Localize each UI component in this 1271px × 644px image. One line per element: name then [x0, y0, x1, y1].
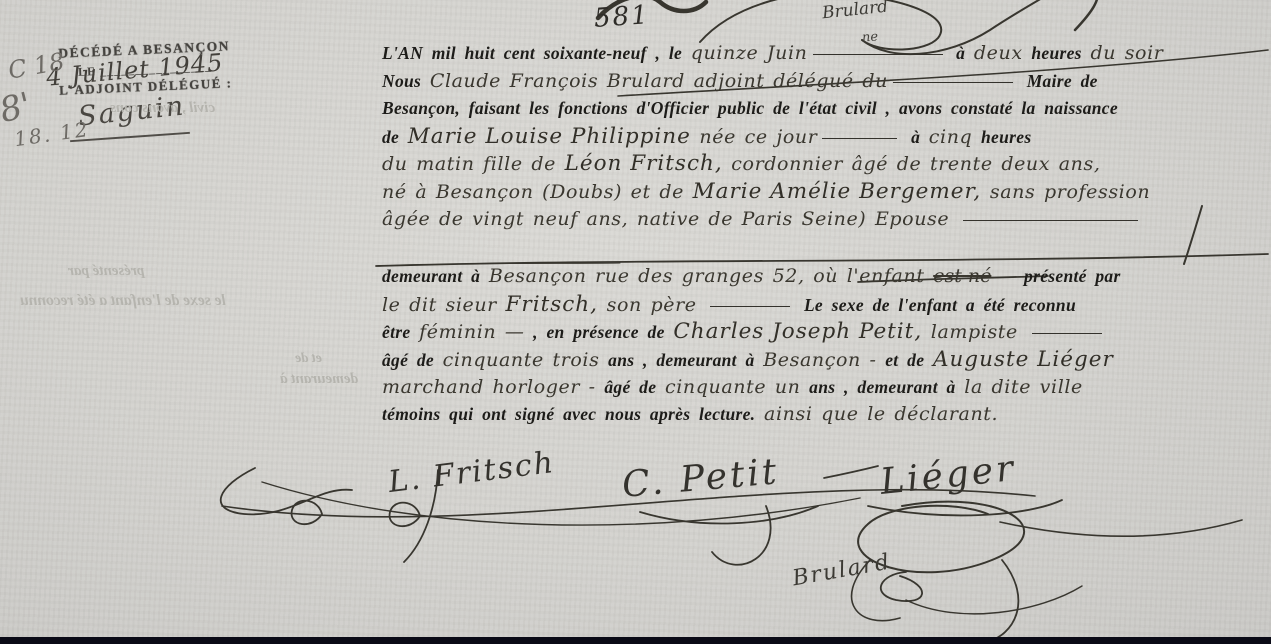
handwritten-text: quinze Juin [691, 42, 808, 64]
handwritten-text: Charles Joseph Petit, [673, 319, 922, 344]
printed-text: Maire de [1018, 71, 1098, 91]
printed-text: L'AN mil huit cent soixante-neuf , le [382, 43, 691, 63]
printed-text: ans , demeurant à [599, 350, 763, 370]
printed-text: âgé de [382, 350, 443, 370]
printed-text: Le sexe de l'enfant a été reconnu [795, 295, 1076, 315]
handwritten-text: Marie Louise Philippine [408, 124, 691, 149]
scan-edge-bar [0, 637, 1271, 644]
handwritten-text: cordonnier âgé de trente deux ans, [723, 153, 1101, 175]
act-line-3: Besançon, faisant les fonctions d'Offici… [382, 95, 1271, 123]
act-line-1: L'AN mil huit cent soixante-neuf , le qu… [382, 40, 1271, 68]
handwritten-text: marchand horloger - [382, 376, 604, 398]
printed-text: heures [972, 127, 1031, 147]
act-line-7: âgée de vingt neuf ans, native de Paris … [382, 206, 1271, 234]
bleedthrough-line: le sexe de l'enfant a été reconnu [20, 292, 226, 310]
signature-petit: C. Petit [621, 451, 781, 506]
handwritten-text: le dit sieur [382, 294, 506, 316]
handwritten-text: est né [933, 265, 991, 287]
printed-text: présenté par [1015, 266, 1120, 286]
bleedthrough-line: civil , avons cons [110, 100, 215, 117]
handwritten-text: Besançon - [763, 349, 876, 371]
handwritten-text: deux [974, 42, 1023, 64]
printed-text: , en présence de [524, 322, 673, 342]
handwritten-text: son père [598, 294, 705, 316]
handwritten-text: Léon Fritsch, [565, 151, 723, 176]
act-line-5: du matin fille de Léon Fritsch, cordonni… [382, 150, 1271, 178]
blank-filler-dash [893, 81, 1013, 83]
printed-text: Besançon, faisant les fonctions d'Offici… [382, 98, 1118, 118]
printed-text: âgé de [604, 377, 665, 397]
act-line-9: le dit sieur Fritsch, son père Le sexe d… [382, 291, 1271, 319]
handwritten-text: ainsi que le déclarant. [764, 403, 998, 425]
handwritten-text: sans profession [981, 181, 1150, 203]
act-number: 581 [593, 0, 651, 34]
handwritten-text: cinq [929, 126, 973, 148]
handwritten-text: lampiste [922, 321, 1026, 343]
handwritten-text: cinquante trois [443, 349, 600, 371]
handwritten-text: féminin — [419, 321, 524, 343]
handwritten-text: Claude François Brulard adjoint délégué … [430, 70, 888, 92]
act-line-13: témoins qui ont signé avec nous après le… [382, 401, 1271, 429]
handwritten-text: Fritsch, [506, 292, 598, 317]
handwritten-text: la dite ville [964, 376, 1083, 398]
bleedthrough-line: demeurant à [280, 371, 358, 388]
blank-filler-dash [813, 53, 943, 55]
act-line-10: être féminin — , en présence de Charles … [382, 318, 1271, 346]
printed-text: demeurant à [382, 266, 489, 286]
printed-text: et de [877, 350, 933, 370]
handwritten-text: né à Besançon (Doubs) et de [382, 181, 693, 203]
printed-text: de [382, 127, 408, 147]
act-line-11: âgé de cinquante trois ans , demeurant à… [382, 346, 1271, 374]
signature-fritsch: L. Fritsch [386, 445, 556, 500]
civil-registry-scan: 581 DÉCÉDÉ A BESANÇON LE _______________… [0, 0, 1271, 644]
act-line-12: marchand horloger - âgé de cinquante un … [382, 374, 1271, 402]
printed-text: à [902, 127, 928, 147]
handwritten-text: Auguste Liéger [933, 347, 1114, 372]
previous-act-signature: Brulard [821, 0, 889, 23]
blank-filler-dash [710, 305, 790, 307]
printed-text: être [382, 322, 419, 342]
handwritten-text: cinquante un [665, 376, 801, 398]
act-line-8: demeurant à Besançon rue des granges 52,… [382, 263, 1271, 291]
previous-act-annotation: ne [861, 29, 878, 45]
signature-lieger: Liéger [878, 448, 1018, 503]
handwritten-text: Marie Amélie Bergemer, [693, 179, 982, 204]
blank-filler-dash [996, 276, 1010, 278]
handwritten-text: du matin fille de [382, 153, 565, 175]
printed-text: Nous [382, 71, 430, 91]
act-line-6: né à Besançon (Doubs) et de Marie Amélie… [382, 178, 1271, 206]
act-line-4: de Marie Louise Philippine née ce jour à… [382, 123, 1271, 151]
bleedthrough-line: présenté par [68, 263, 144, 280]
bleedthrough-line: et de [295, 351, 322, 367]
handwritten-text: âgée de vingt neuf ans, native de Paris … [382, 208, 958, 230]
printed-text: ans , demeurant à [801, 377, 965, 397]
act-body-text: L'AN mil huit cent soixante-neuf , le qu… [382, 40, 1271, 429]
blank-filler-dash [822, 137, 897, 139]
signature-brulard: Brulard [791, 550, 893, 592]
handwritten-text: du soir [1090, 42, 1163, 64]
blank-filler-dash [1032, 332, 1102, 334]
printed-text: témoins qui ont signé avec nous après le… [382, 404, 764, 424]
printed-text: à [948, 43, 974, 63]
blank-filler-dash [963, 219, 1138, 221]
handwritten-text: née ce jour [691, 126, 818, 148]
printed-text: heures [1023, 43, 1091, 63]
act-line-2: Nous Claude François Brulard adjoint dél… [382, 68, 1271, 96]
handwritten-text: Besançon rue des granges 52, où l'enfant [489, 265, 933, 287]
